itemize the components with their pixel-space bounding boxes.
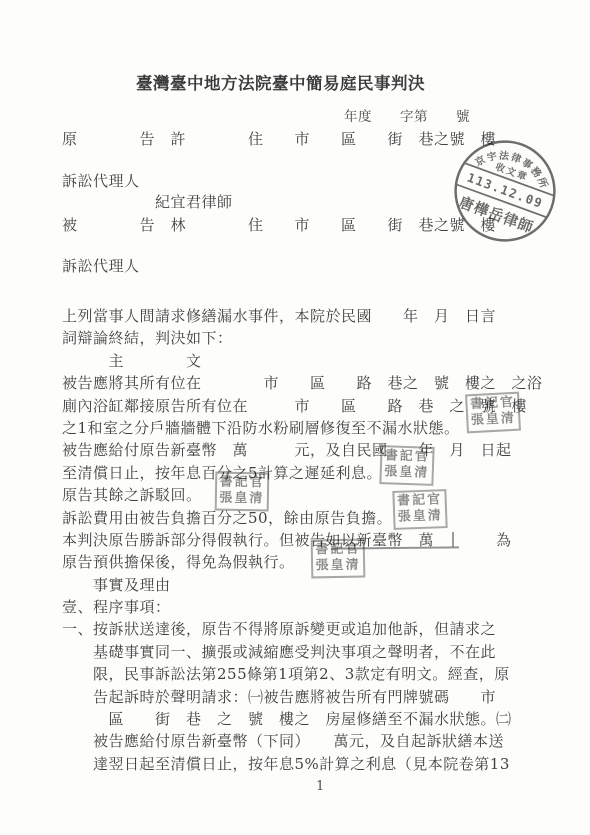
clerk-seal-name: 張皇清	[469, 411, 518, 429]
body-line: 原告其餘之訴駁回。	[62, 484, 582, 506]
clerk-seal: 書記官 張皇清	[392, 489, 447, 530]
body-line: 被告應給付原告新臺幣 萬 元，及自民國 年 月 日起	[62, 439, 582, 461]
case-number-line: 年度 字第 號	[344, 105, 470, 125]
body-line: 主 文	[62, 350, 582, 372]
body-line: 基礎事實同一、擴張或減縮應受判決事項之聲明者，不在此	[62, 641, 582, 663]
judgment-title: 臺灣臺中地方法院臺中簡易庭民事判決	[136, 70, 425, 94]
party-line-plaintiff: 原 告 許 住 市 區 街 巷之號 樓	[62, 128, 496, 149]
clerk-seal-name: 張皇清	[382, 464, 431, 482]
clerk-seal-title: 書記官	[383, 448, 432, 466]
body-line: 達翌日起至清償日止，按年息5%計算之利息（見本院卷第13	[62, 753, 582, 775]
clerk-seal: 書記官 張皇清	[215, 472, 270, 512]
pen-tick-mark	[452, 532, 454, 547]
clerk-seal-title: 書記官	[218, 475, 266, 492]
body-line: 一、按訴狀送達後，原告不得將原訴變更或追加他訴，但請求之	[62, 618, 582, 640]
party-line-agent-label-2: 訴訟代理人	[62, 255, 140, 276]
clerk-seal: 書記官 張皇清	[465, 392, 521, 434]
clerk-seal-title: 書記官	[395, 492, 444, 510]
body-line: 被告應將其所有位在 市 區 路 巷之 號 樓之 之浴	[62, 372, 582, 394]
clerk-seal-name: 張皇清	[218, 491, 266, 508]
court-judgment-scan: 臺灣臺中地方法院臺中簡易庭民事判決 年度 字第 號 原 告 許 住 市 區 街 …	[0, 0, 590, 835]
body-line: 訴訟費用由被告負擔百分之50，餘由原告負擔。	[62, 507, 582, 529]
body-line: 至清償日止，按年息百分之5計算之遲延利息。	[62, 462, 582, 484]
body-line: 詞辯論終結，判決如下：	[62, 327, 582, 349]
party-line-agent-name: 紀宜君律師	[62, 191, 233, 212]
body-line: 上列當事人間請求修繕漏水事件，本院於民國 年 月 日言	[62, 305, 582, 327]
body-line: 區 街 巷 之 號 樓之 房屋修繕至不漏水狀態。㈡	[62, 708, 582, 730]
clerk-seal: 書記官 張皇清	[311, 539, 366, 579]
body-line: 被告應給付原告新臺幣（下同） 萬元，及自起訴狀繕本送	[62, 730, 582, 752]
clerk-seal: 書記官 張皇清	[379, 445, 434, 486]
page-number: 1	[316, 779, 324, 794]
party-line-agent-label-1: 訴訟代理人	[62, 170, 140, 191]
body-line: 壹、程序事項：	[62, 596, 582, 618]
clerk-seal-name: 張皇清	[396, 508, 445, 526]
body-line: 限，民事訴訟法第255條第1項第2、3款定有明文。經查，原	[62, 663, 582, 685]
clerk-seal-title: 書記官	[314, 542, 362, 559]
clerk-seal-name: 張皇清	[314, 558, 362, 575]
body-line: 告起訴時於聲明請求：㈠被告應將被告所有門牌號碼 市	[62, 686, 582, 708]
